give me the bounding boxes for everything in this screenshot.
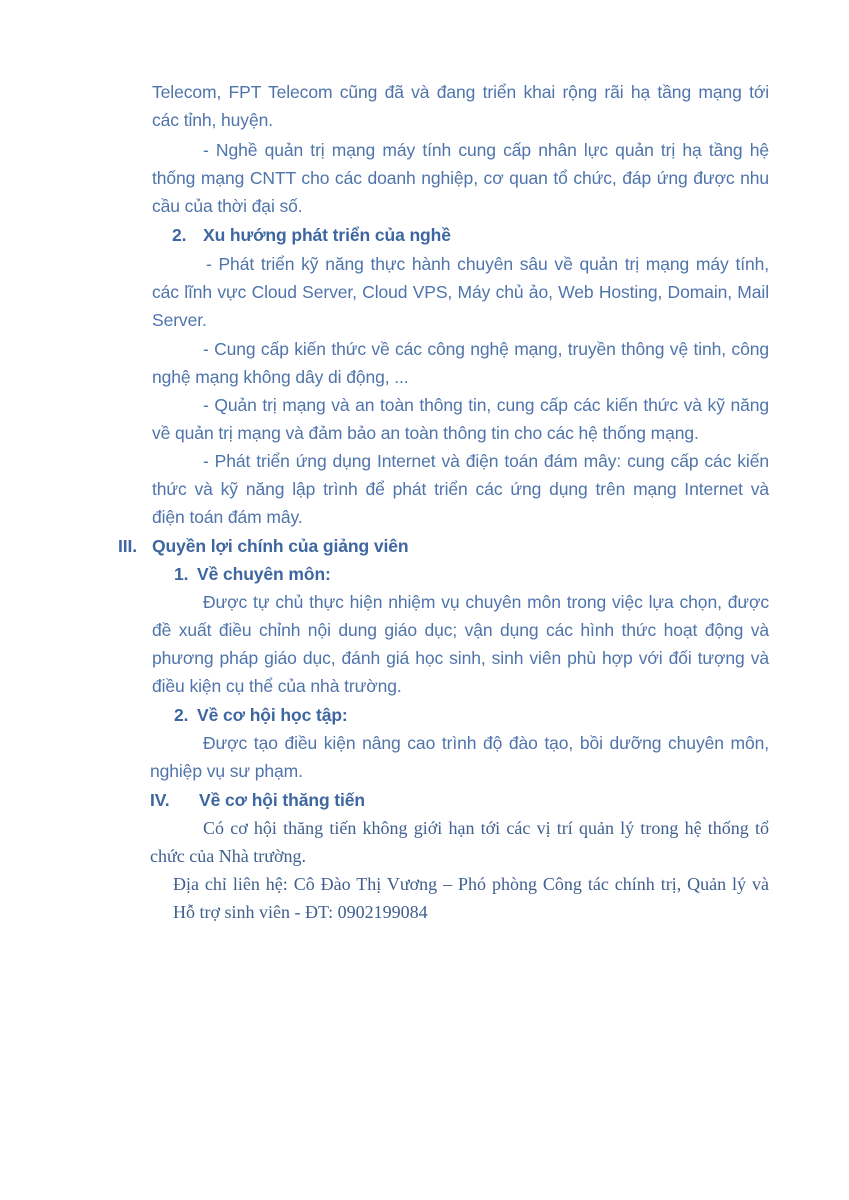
list-item-line: - Cung cấp kiến thức về các công nghệ mạ… bbox=[203, 335, 769, 363]
paragraph-line: thống mạng CNTT cho các doanh nghiệp, cơ… bbox=[152, 164, 769, 192]
contact-line: Địa chỉ liên hệ: Cô Đào Thị Vương – Phó … bbox=[173, 870, 769, 898]
paragraph-line: Được tự chủ thực hiện nhiệm vụ chuyên mô… bbox=[203, 588, 769, 616]
list-item-line: - Phát triển ứng dụng Internet và điện t… bbox=[203, 447, 769, 475]
list-item-line: nghệ mạng không dây di động, ... bbox=[152, 363, 409, 391]
section-heading: Về cơ hội thăng tiến bbox=[199, 786, 365, 814]
paragraph-line: - Nghề quản trị mạng máy tính cung cấp n… bbox=[203, 136, 769, 164]
paragraph-line: phương pháp giáo dục, đánh giá học sinh,… bbox=[152, 644, 769, 672]
paragraph-line: chức của Nhà trường. bbox=[150, 842, 306, 870]
paragraph-line: Telecom, FPT Telecom cũng đã và đang tri… bbox=[152, 78, 769, 106]
list-item-line: thức và kỹ năng lập trình để phát triển … bbox=[152, 475, 769, 503]
paragraph-line: các tỉnh, huyện. bbox=[152, 106, 273, 134]
heading-number: 2. bbox=[172, 221, 186, 249]
contact-line: Hỗ trợ sinh viên - ĐT: 0902199084 bbox=[173, 898, 428, 926]
paragraph-line: điều kiện cụ thể của nhà trường. bbox=[152, 672, 402, 700]
subsection-heading: Về cơ hội học tập: bbox=[197, 701, 348, 729]
list-item-line: - Phát triển kỹ năng thực hành chuyên sâ… bbox=[206, 250, 769, 278]
list-item-line: về quản trị mạng và đảm bảo an toàn thôn… bbox=[152, 419, 699, 447]
subsection-heading: Về chuyên môn: bbox=[197, 560, 331, 588]
list-item-line: điện toán đám mây. bbox=[152, 503, 303, 531]
paragraph-line: đề xuất điều chỉnh nội dung giáo dục; vậ… bbox=[152, 616, 769, 644]
section-heading: Quyền lợi chính của giảng viên bbox=[152, 532, 408, 560]
section-heading: Xu hướng phát triển của nghề bbox=[203, 221, 451, 249]
heading-number: III. bbox=[118, 532, 137, 560]
paragraph-line: nghiệp vụ sư phạm. bbox=[150, 757, 303, 785]
heading-number: 2. bbox=[174, 701, 188, 729]
list-item-line: Server. bbox=[152, 306, 207, 334]
heading-number: IV. bbox=[150, 786, 170, 814]
list-item-line: - Quản trị mạng và an toàn thông tin, cu… bbox=[203, 391, 769, 419]
list-item-line: các lĩnh vực Cloud Server, Cloud VPS, Má… bbox=[152, 278, 769, 306]
heading-number: 1. bbox=[174, 560, 188, 588]
paragraph-line: Có cơ hội thăng tiến không giới hạn tới … bbox=[203, 814, 769, 842]
paragraph-line: cầu của thời đại số. bbox=[152, 192, 303, 220]
paragraph-line: Được tạo điều kiện nâng cao trình độ đào… bbox=[203, 729, 769, 757]
document-page: Telecom, FPT Telecom cũng đã và đang tri… bbox=[0, 0, 849, 1200]
